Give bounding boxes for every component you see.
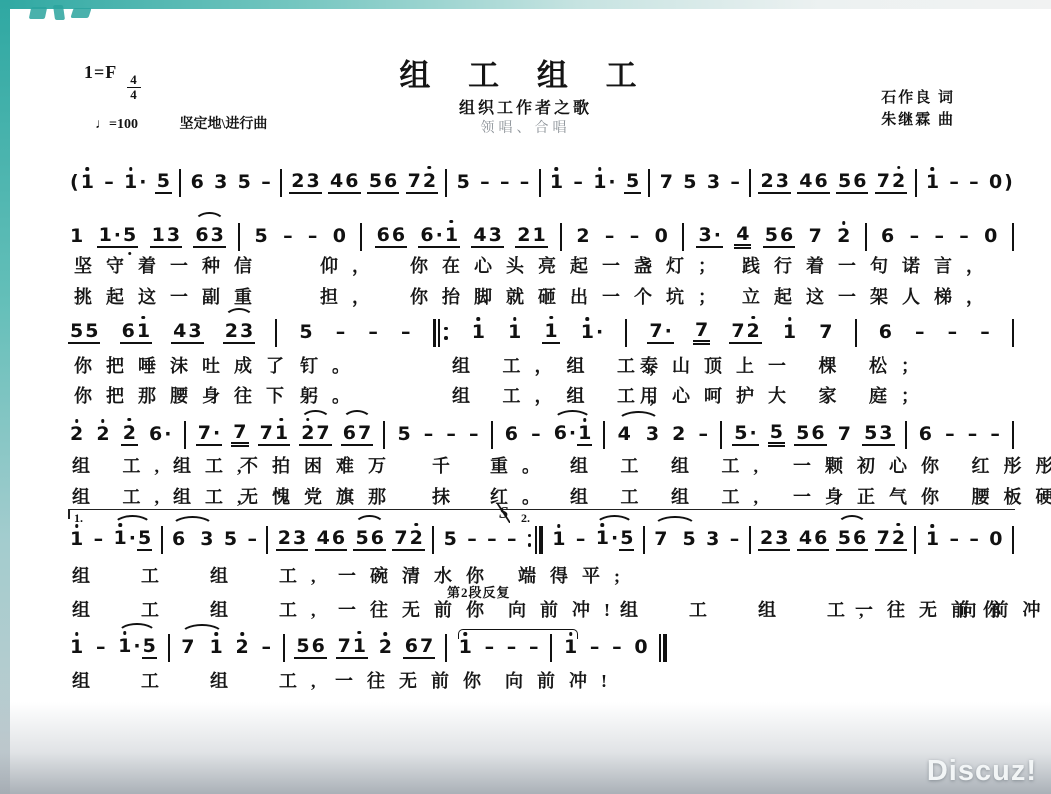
lyric-segment: 向前冲!	[505, 667, 621, 693]
note-digit: 1	[352, 637, 367, 657]
note-token: –	[574, 530, 588, 550]
note-digit: 6	[813, 529, 828, 549]
note-token: 23	[276, 529, 308, 552]
note-token: 1	[68, 638, 85, 658]
barline	[431, 526, 435, 554]
barline	[160, 526, 164, 554]
note-digit: 4	[798, 529, 813, 549]
note-token: 6	[503, 425, 520, 445]
note-digit: 3	[210, 226, 225, 246]
note-token: 56	[367, 172, 399, 195]
lyric-segment: 担，	[320, 283, 384, 309]
note-token: 23	[758, 172, 790, 195]
volta-bracket-line	[68, 509, 1015, 510]
note-token: –	[943, 425, 957, 445]
note-digit: 6	[880, 227, 895, 247]
note-digit: 5	[84, 322, 99, 342]
note-digit: 6	[311, 637, 326, 657]
note-digit: 3	[878, 424, 893, 444]
note-token: 5	[155, 172, 172, 195]
bar	[855, 319, 857, 347]
dash: –	[933, 227, 945, 247]
dash: –	[260, 173, 272, 193]
note-digit: (	[69, 173, 80, 193]
note-digit: 1	[209, 638, 224, 658]
note-token: –	[728, 173, 742, 193]
bar	[445, 634, 447, 662]
lyric-segment: 践行着一句诺言，	[742, 252, 998, 278]
note-digit: 2	[671, 425, 686, 445]
augmentation-dot: ·	[595, 323, 604, 343]
note-token: 13	[150, 226, 182, 249]
barline	[624, 319, 628, 347]
lyric-segment: 仰，	[320, 252, 384, 278]
note-token: –	[306, 227, 320, 247]
dash: –	[519, 173, 531, 193]
note-token: –	[527, 638, 541, 658]
note-token: –	[603, 227, 617, 247]
lyric-segment: 组 工 组 工,	[72, 667, 330, 693]
barline	[282, 634, 286, 662]
lyric-segment: 端得平;	[518, 562, 634, 588]
note-token: 75	[652, 530, 697, 550]
note-digit: 0	[983, 227, 998, 247]
dash: –	[575, 530, 587, 550]
barline	[265, 526, 269, 554]
note-digit: 1	[925, 173, 940, 193]
note-digit: 3	[213, 173, 228, 193]
note-token: 1·5	[112, 529, 154, 551]
note-digit: 1	[925, 530, 940, 550]
note-token: 6	[189, 173, 206, 193]
final-barline	[658, 634, 668, 662]
note-token: –	[967, 530, 981, 550]
barline	[854, 319, 858, 347]
barline	[237, 223, 241, 251]
note-digit: 6	[504, 425, 519, 445]
note-token: –	[259, 638, 273, 658]
note-digit: 6	[190, 173, 205, 193]
dash: –	[967, 425, 979, 445]
note-digit: 1	[113, 529, 128, 549]
note-digit: 7	[876, 529, 891, 549]
note-digit: 7	[659, 173, 674, 193]
note-token: 66	[375, 226, 407, 249]
note-digit: 3	[645, 425, 660, 445]
note-token: 72	[875, 172, 907, 195]
note-digit: 3	[199, 530, 214, 550]
note-token: 5	[297, 323, 314, 343]
note-digit: 5	[237, 173, 252, 193]
dash: –	[282, 227, 294, 247]
barline	[864, 223, 868, 251]
repeat-dots	[444, 319, 448, 347]
augmentation-dot: ·	[435, 226, 444, 246]
corner-ornament	[24, 3, 104, 25]
note-token: 4	[734, 225, 751, 250]
note-token: –	[697, 425, 711, 445]
bar	[275, 319, 277, 347]
note-digit: 2	[300, 424, 315, 444]
note-token: –	[571, 173, 585, 193]
note-token: 7	[836, 425, 853, 445]
lyric-segment: 抹	[432, 483, 464, 509]
note-token: –	[399, 323, 413, 343]
note-digit: 7	[259, 424, 274, 444]
note-token: 2	[68, 425, 85, 445]
dash: –	[914, 323, 926, 343]
note-token: –	[485, 530, 499, 550]
note-digit: 1	[123, 173, 138, 193]
note-digit: 1	[274, 424, 289, 444]
bar	[865, 223, 867, 251]
note-digit: 7	[357, 424, 372, 444]
note-digit: 6	[376, 226, 391, 246]
note-digit: 6	[171, 530, 186, 550]
note-token: 5	[222, 530, 239, 550]
note-digit: 6	[878, 323, 893, 343]
note-digit: 5	[769, 423, 784, 443]
augmentation-dot: ·	[128, 529, 137, 549]
page-border-top	[0, 0, 1051, 9]
dash: –	[468, 425, 480, 445]
barline	[748, 526, 752, 554]
note-digit: 3	[306, 172, 321, 192]
note-digit: 3	[775, 172, 790, 192]
lyric-segment: 一颗初心你 红彤彤；	[793, 452, 1051, 478]
repeat-dots	[528, 526, 532, 554]
note-token: 7	[817, 323, 834, 343]
note-token: 71	[336, 637, 368, 660]
note-token: 46	[797, 172, 829, 195]
note-token: 7	[693, 321, 710, 346]
bar	[749, 169, 751, 197]
note-digit: 5	[681, 530, 696, 550]
barline	[279, 169, 283, 197]
note-digit: 2	[891, 529, 906, 549]
note-digit: 2	[575, 227, 590, 247]
barline	[538, 169, 542, 197]
lyric-segment: 你把唾沫吐成了	[74, 352, 298, 378]
dash: –	[729, 173, 741, 193]
note-digit: 1	[577, 424, 592, 446]
note-digit: 7	[876, 172, 891, 192]
note-token: 5	[253, 227, 270, 247]
repeat-open-barline	[432, 319, 451, 347]
note-digit: 2	[746, 322, 761, 342]
note-token: –	[967, 173, 981, 193]
tie-bracket	[458, 629, 578, 639]
barline	[904, 421, 908, 449]
note-token: 1·5	[594, 529, 636, 551]
note-token: –	[588, 638, 602, 658]
note-digit: 2	[277, 529, 292, 549]
note-token: 56	[836, 172, 868, 195]
barline	[913, 526, 917, 554]
note-digit: 5	[295, 637, 310, 657]
dash: –	[307, 227, 319, 247]
barline	[274, 319, 278, 347]
note-digit: 5	[456, 173, 471, 193]
note-token: 1·	[591, 173, 617, 193]
note-token: –	[467, 425, 481, 445]
note-digit: 4	[316, 529, 331, 549]
note-digit: 2	[409, 529, 424, 549]
lyric-segment: 向前冲!	[508, 596, 624, 622]
lyric-segment: 千	[432, 452, 464, 478]
barline	[748, 169, 752, 197]
bar	[1012, 421, 1014, 449]
note-digit: 1	[69, 227, 84, 247]
barline	[444, 634, 448, 662]
note-digit: 5	[837, 172, 852, 192]
note-token: 55	[68, 322, 100, 345]
dash: –	[479, 173, 491, 193]
note-token: 67	[341, 424, 373, 447]
dash: –	[335, 323, 347, 343]
note-digit: 0	[633, 638, 648, 658]
note-digit: 7	[180, 638, 195, 658]
note-digit: 2	[759, 529, 774, 549]
note-digit: 6	[404, 637, 419, 657]
note-token: –	[946, 323, 960, 343]
bar	[266, 526, 268, 554]
lyric-row-5: 组 工,组工,不拍困难万千重。组 工 组 工,一颗初心你 红彤彤；	[0, 452, 1051, 478]
note-token: –	[334, 323, 348, 343]
barline	[178, 169, 182, 197]
note-digit: 3	[187, 322, 202, 342]
note-digit: 6	[342, 424, 357, 444]
dash: –	[506, 638, 518, 658]
note-token: 0	[987, 530, 1004, 550]
lyric-segment: 不拍困难万	[240, 452, 400, 478]
bar	[161, 526, 163, 554]
dash: –	[528, 638, 540, 658]
bar	[179, 169, 181, 197]
note-digit: 6	[419, 226, 434, 246]
augmentation-dot: ·	[132, 637, 141, 657]
note-token: 5	[768, 423, 785, 448]
dash: –	[989, 425, 1001, 445]
barline	[490, 421, 494, 449]
note-token: –	[465, 530, 479, 550]
bar	[432, 526, 434, 554]
note-digit: 6	[344, 172, 359, 192]
note-digit: 7	[818, 323, 833, 343]
lyric-segment: 重。	[490, 452, 554, 478]
note-token: 1·5	[97, 226, 139, 249]
note-digit: 7	[730, 322, 745, 342]
note-digit: 4	[472, 226, 487, 246]
barline	[1011, 421, 1015, 449]
dash: –	[629, 227, 641, 247]
note-token: 46	[797, 529, 829, 552]
note-token: 0	[982, 227, 999, 247]
augmentation-dot: ·	[607, 173, 616, 193]
note-token: 5	[236, 173, 253, 193]
dash: –	[909, 227, 921, 247]
note-digit: 2	[891, 172, 906, 192]
dash: –	[95, 638, 107, 658]
note-digit: 3	[697, 226, 712, 246]
note-token: 6	[917, 425, 934, 445]
dash: –	[604, 227, 616, 247]
note-digit: 2	[122, 424, 137, 444]
composer-credit: 朱继霖 曲	[881, 110, 955, 132]
lyric-segment: 组 工,组工,	[72, 483, 256, 509]
lyric-segment: 挑起这一副重	[74, 283, 266, 309]
lyric-segment: 躬。	[300, 382, 364, 408]
barline	[382, 421, 386, 449]
note-digit: 5	[733, 424, 748, 444]
note-token: 56	[836, 529, 868, 552]
barline	[642, 526, 646, 554]
note-digit: 3	[705, 530, 720, 550]
note-token: 1	[562, 638, 579, 658]
volta-first-ending-label: 1.	[74, 511, 83, 526]
dash: –	[729, 530, 741, 550]
note-token: 1	[542, 322, 559, 345]
note-digit: 5	[69, 322, 84, 342]
sheet-music-page: 1=F44 ♩=100 坚定地\进行曲 组 工 组 工 组织工作者之歌 领唱、合…	[0, 0, 1051, 794]
dash: –	[499, 173, 511, 193]
note-token: –	[505, 530, 519, 550]
note-token: 7·	[647, 322, 673, 345]
note-digit: 1	[458, 638, 473, 658]
note-digit: 2	[69, 425, 84, 445]
note-token: –	[422, 425, 436, 445]
bar	[720, 421, 722, 449]
bar	[1012, 223, 1014, 251]
note-digit: 6	[553, 424, 568, 444]
note-digit: 1	[151, 226, 166, 246]
note-token: –	[518, 173, 532, 193]
note-token: 3	[705, 173, 722, 193]
dash: –	[466, 530, 478, 550]
note-token: 1·	[579, 323, 605, 343]
barline	[1011, 223, 1015, 251]
note-token: 43	[616, 425, 661, 445]
dash: –	[968, 173, 980, 193]
note-digit: 7	[808, 227, 823, 247]
note-token: 2	[94, 425, 111, 445]
note-digit: 7	[648, 322, 663, 342]
note-token: –	[366, 323, 380, 343]
dash: –	[486, 530, 498, 550]
note-digit: 7	[407, 172, 422, 192]
barline	[1011, 526, 1015, 554]
note-token: –	[908, 227, 922, 247]
note-digit: 7	[419, 637, 434, 657]
lyric-segment: 无愧党旗那	[240, 483, 400, 509]
note-digit: 5	[368, 172, 383, 192]
note-digit: 1	[543, 322, 558, 342]
note-token: –	[966, 425, 980, 445]
note-token: –	[94, 638, 108, 658]
note-token: 2	[574, 227, 591, 247]
note-digit: 5	[223, 530, 238, 550]
segno-icon: S	[497, 503, 510, 523]
note-token: 43	[171, 322, 203, 345]
note-digit: 5	[837, 529, 852, 549]
bar	[1012, 526, 1014, 554]
dash: –	[506, 530, 518, 550]
note-digit: 1	[592, 173, 607, 193]
note-digit: 1	[471, 323, 486, 343]
note-digit: 7	[694, 321, 709, 341]
note-token: 56	[294, 637, 326, 660]
note-token: 1	[924, 173, 941, 193]
dash: –	[260, 638, 272, 658]
bar-thick	[663, 634, 667, 662]
dash: –	[947, 323, 959, 343]
bar	[445, 169, 447, 197]
note-token: 6	[877, 323, 894, 343]
note-digit: 0	[988, 530, 1003, 550]
note-token: 72	[875, 529, 907, 552]
lyric-segment: 组 工 组 工,	[72, 596, 330, 622]
lyric-row-1: 坚守着一种信仰，你在心头亮起一盏灯；践行着一句诺言，	[0, 252, 1051, 278]
note-digit: 6	[148, 425, 163, 445]
note-digit: 2	[516, 226, 531, 246]
note-digit: 3	[239, 322, 254, 342]
dash: –	[948, 530, 960, 550]
note-digit: 1	[782, 323, 797, 343]
note-token: 7·	[196, 424, 222, 447]
dash: –	[103, 173, 115, 193]
dash: –	[423, 425, 435, 445]
note-digit: 5	[863, 424, 878, 444]
note-digit: 6	[331, 529, 346, 549]
bar	[280, 169, 282, 197]
note-token: 5	[395, 425, 412, 445]
bar	[560, 223, 562, 251]
dash: –	[484, 638, 496, 658]
barline	[719, 421, 723, 449]
note-digit: 3	[166, 226, 181, 246]
augmentation-dot: ·	[713, 226, 722, 246]
note-token: 3	[704, 530, 721, 550]
bar	[682, 223, 684, 251]
note-digit: 0	[988, 173, 1003, 193]
dash: –	[400, 323, 412, 343]
lyric-segment: 泰山顶上一 棵 松；	[640, 352, 933, 378]
augmentation-dot: ·	[113, 226, 122, 246]
note-digit: 0	[332, 227, 347, 247]
note-digit: 1	[98, 226, 113, 246]
lyric-segment: 用心呵护大 家 庭；	[640, 382, 933, 408]
note-token: 67	[403, 637, 435, 660]
note-token: 6·	[147, 425, 173, 445]
note-token: 1	[924, 530, 941, 550]
note-digit: 2	[290, 172, 305, 192]
note-digit: 1	[117, 637, 132, 657]
dash: –	[445, 425, 457, 445]
lyric-segment: 一身正气你 腰板硬；	[793, 483, 1051, 509]
note-token: 1	[68, 227, 85, 247]
volta-second-ending-label: 2.	[521, 511, 530, 526]
note-token: –	[483, 638, 497, 658]
note-digit: 6	[121, 322, 136, 342]
note-token: 1	[548, 173, 565, 193]
note-digit: 5	[354, 529, 369, 549]
bar	[603, 421, 605, 449]
lyric-row-4: 你把那腰身往下躬。组 工，组 工，用心呵护大 家 庭；	[0, 382, 1051, 408]
repeat-instruction: 第2段反复	[447, 582, 511, 601]
bar	[238, 223, 240, 251]
note-digit: 1	[69, 530, 84, 550]
lyric-segment: 钉。	[300, 352, 364, 378]
